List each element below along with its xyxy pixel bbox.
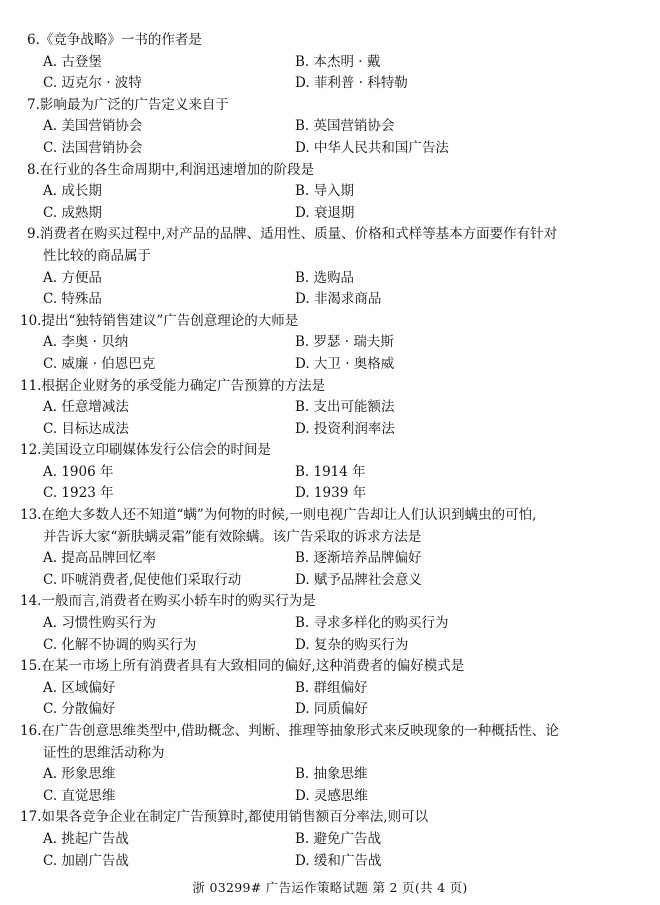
option-d: D. 投资利润率法 (295, 419, 395, 441)
question-14: 14.一般而言,消费者在购买小轿车时的购买行为是 A. 习惯性购买行为B. 寻求… (0, 591, 660, 656)
option-b: B. 1914 年 (295, 462, 366, 484)
option-b: B. 本杰明 · 戴 (295, 52, 380, 74)
option-b: B. 抽象思维 (295, 764, 368, 786)
option-d: D. 菲利普 · 科特勒 (295, 73, 408, 95)
option-b: B. 英国营销协会 (295, 116, 395, 138)
question-11: 11.根据企业财务的承受能力确定广告预算的方法是 A. 任意增减法B. 支出可能… (0, 376, 660, 441)
option-c: C. 目标达成法 (43, 419, 129, 441)
question-stem: 15.在某一市场上所有消费者具有大致相同的偏好,这种消费者的偏好模式是 (0, 656, 660, 678)
option-c: C. 成熟期 (43, 203, 102, 225)
option-d: D. 衰退期 (295, 203, 354, 225)
page-footer: 浙 03299# 广告运作策略试题 第 2 页(共 4 页) (0, 878, 660, 896)
option-b: B. 选购品 (295, 268, 354, 290)
question-9: 9.消费者在购买过程中,对产品的品牌、适用性、质量、价格和式样等基本方面要作有针… (0, 224, 660, 310)
option-c: C. 化解不协调的购买行为 (43, 635, 196, 657)
option-c: C. 分散偏好 (43, 699, 115, 721)
option-c: C. 迈克尔 · 波特 (43, 73, 142, 95)
question-stem: 16.在广告创意思维类型中,借助概念、判断、推理等抽象形式来反映现象的一种概括性… (0, 721, 660, 743)
question-stem: 17.如果各竞争企业在制定广告预算时,都使用销售额百分率法,则可以 (0, 807, 660, 829)
option-a: A. 提高品牌回忆率 (43, 548, 156, 570)
option-a: A. 美国营销协会 (43, 116, 142, 138)
question-stem: 14.一般而言,消费者在购买小轿车时的购买行为是 (0, 591, 660, 613)
option-c: C. 特殊品 (43, 289, 102, 311)
option-c: C. 威廉 · 伯恩巴克 (43, 354, 155, 376)
option-d: D. 非渴求商品 (295, 289, 381, 311)
option-c: C. 加剧广告战 (43, 851, 129, 873)
question-stem: 12.美国设立印刷媒体发行公信会的时间是 (0, 440, 660, 462)
question-stem: 7.影响最为广泛的广告定义来自于 (0, 95, 660, 117)
option-a: A. 1906 年 (43, 462, 113, 484)
option-a: A. 成长期 (43, 181, 102, 203)
question-6: 6.《竞争战略》一书的作者是 A. 古登堡B. 本杰明 · 戴 C. 迈克尔 ·… (0, 30, 660, 95)
option-c: C. 法国营销协会 (43, 138, 142, 160)
option-d: D. 赋予品牌社会意义 (295, 570, 422, 592)
option-c: C. 直觉思维 (43, 786, 115, 808)
option-d: D. 1939 年 (295, 483, 366, 505)
option-d: D. 灵感思维 (295, 786, 368, 808)
question-16: 16.在广告创意思维类型中,借助概念、判断、推理等抽象形式来反映现象的一种概括性… (0, 721, 660, 807)
option-b: B. 避免广告战 (295, 829, 381, 851)
option-d: D. 中华人民共和国广告法 (295, 138, 449, 160)
option-a: A. 区域偏好 (43, 678, 115, 700)
option-c: C. 吓唬消费者,促使他们采取行动 (43, 570, 241, 592)
option-d: D. 大卫 · 奥格威 (295, 354, 394, 376)
option-a: A. 挑起广告战 (43, 829, 129, 851)
option-d: D. 同质偏好 (295, 699, 368, 721)
question-8: 8.在行业的各生命周期中,利润迅速增加的阶段是 A. 成长期B. 导入期 C. … (0, 160, 660, 225)
question-13: 13.在绝大多数人还不知道“螨”为何物的时候,一则电视广告却让人们认识到螨虫的可… (0, 505, 660, 591)
option-a: A. 方便品 (43, 268, 102, 290)
question-stem: 8.在行业的各生命周期中,利润迅速增加的阶段是 (0, 160, 660, 182)
option-a: A. 形象思维 (43, 764, 115, 786)
question-stem: 13.在绝大多数人还不知道“螨”为何物的时候,一则电视广告却让人们认识到螨虫的可… (0, 505, 660, 527)
question-12: 12.美国设立印刷媒体发行公信会的时间是 A. 1906 年B. 1914 年 … (0, 440, 660, 505)
question-stem-continued: 证性的思维活动称为 (0, 743, 660, 765)
option-d: D. 缓和广告战 (295, 851, 381, 873)
question-stem-continued: 并告诉大家“新肤螨灵霜”能有效除螨。该广告采取的诉求方法是 (0, 527, 660, 549)
question-stem: 10.提出“独特销售建议”广告创意理论的大师是 (0, 311, 660, 333)
option-b: B. 群组偏好 (295, 678, 368, 700)
option-b: B. 寻求多样化的购买行为 (295, 613, 449, 635)
option-c: C. 1923 年 (43, 483, 114, 505)
option-d: D. 复杂的购买行为 (295, 635, 408, 657)
option-b: B. 支出可能额法 (295, 397, 395, 419)
option-a: A. 任意增减法 (43, 397, 129, 419)
option-a: A. 李奥 · 贝纳 (43, 332, 128, 354)
question-stem: 11.根据企业财务的承受能力确定广告预算的方法是 (0, 376, 660, 398)
question-15: 15.在某一市场上所有消费者具有大致相同的偏好,这种消费者的偏好模式是 A. 区… (0, 656, 660, 721)
question-stem-continued: 性比较的商品属于 (0, 246, 660, 268)
question-10: 10.提出“独特销售建议”广告创意理论的大师是 A. 李奥 · 贝纳B. 罗瑟 … (0, 311, 660, 376)
question-stem: 6.《竞争战略》一书的作者是 (0, 30, 660, 52)
question-stem: 9.消费者在购买过程中,对产品的品牌、适用性、质量、价格和式样等基本方面要作有针… (0, 224, 660, 246)
question-17: 17.如果各竞争企业在制定广告预算时,都使用销售额百分率法,则可以 A. 挑起广… (0, 807, 660, 872)
option-b: B. 导入期 (295, 181, 354, 203)
option-a: A. 习惯性购买行为 (43, 613, 156, 635)
option-b: B. 逐渐培养品牌偏好 (295, 548, 422, 570)
question-7: 7.影响最为广泛的广告定义来自于 A. 美国营销协会B. 英国营销协会 C. 法… (0, 95, 660, 160)
exam-page: 6.《竞争战略》一书的作者是 A. 古登堡B. 本杰明 · 戴 C. 迈克尔 ·… (0, 30, 660, 872)
option-a: A. 古登堡 (43, 52, 102, 74)
option-b: B. 罗瑟 · 瑞夫斯 (295, 332, 394, 354)
